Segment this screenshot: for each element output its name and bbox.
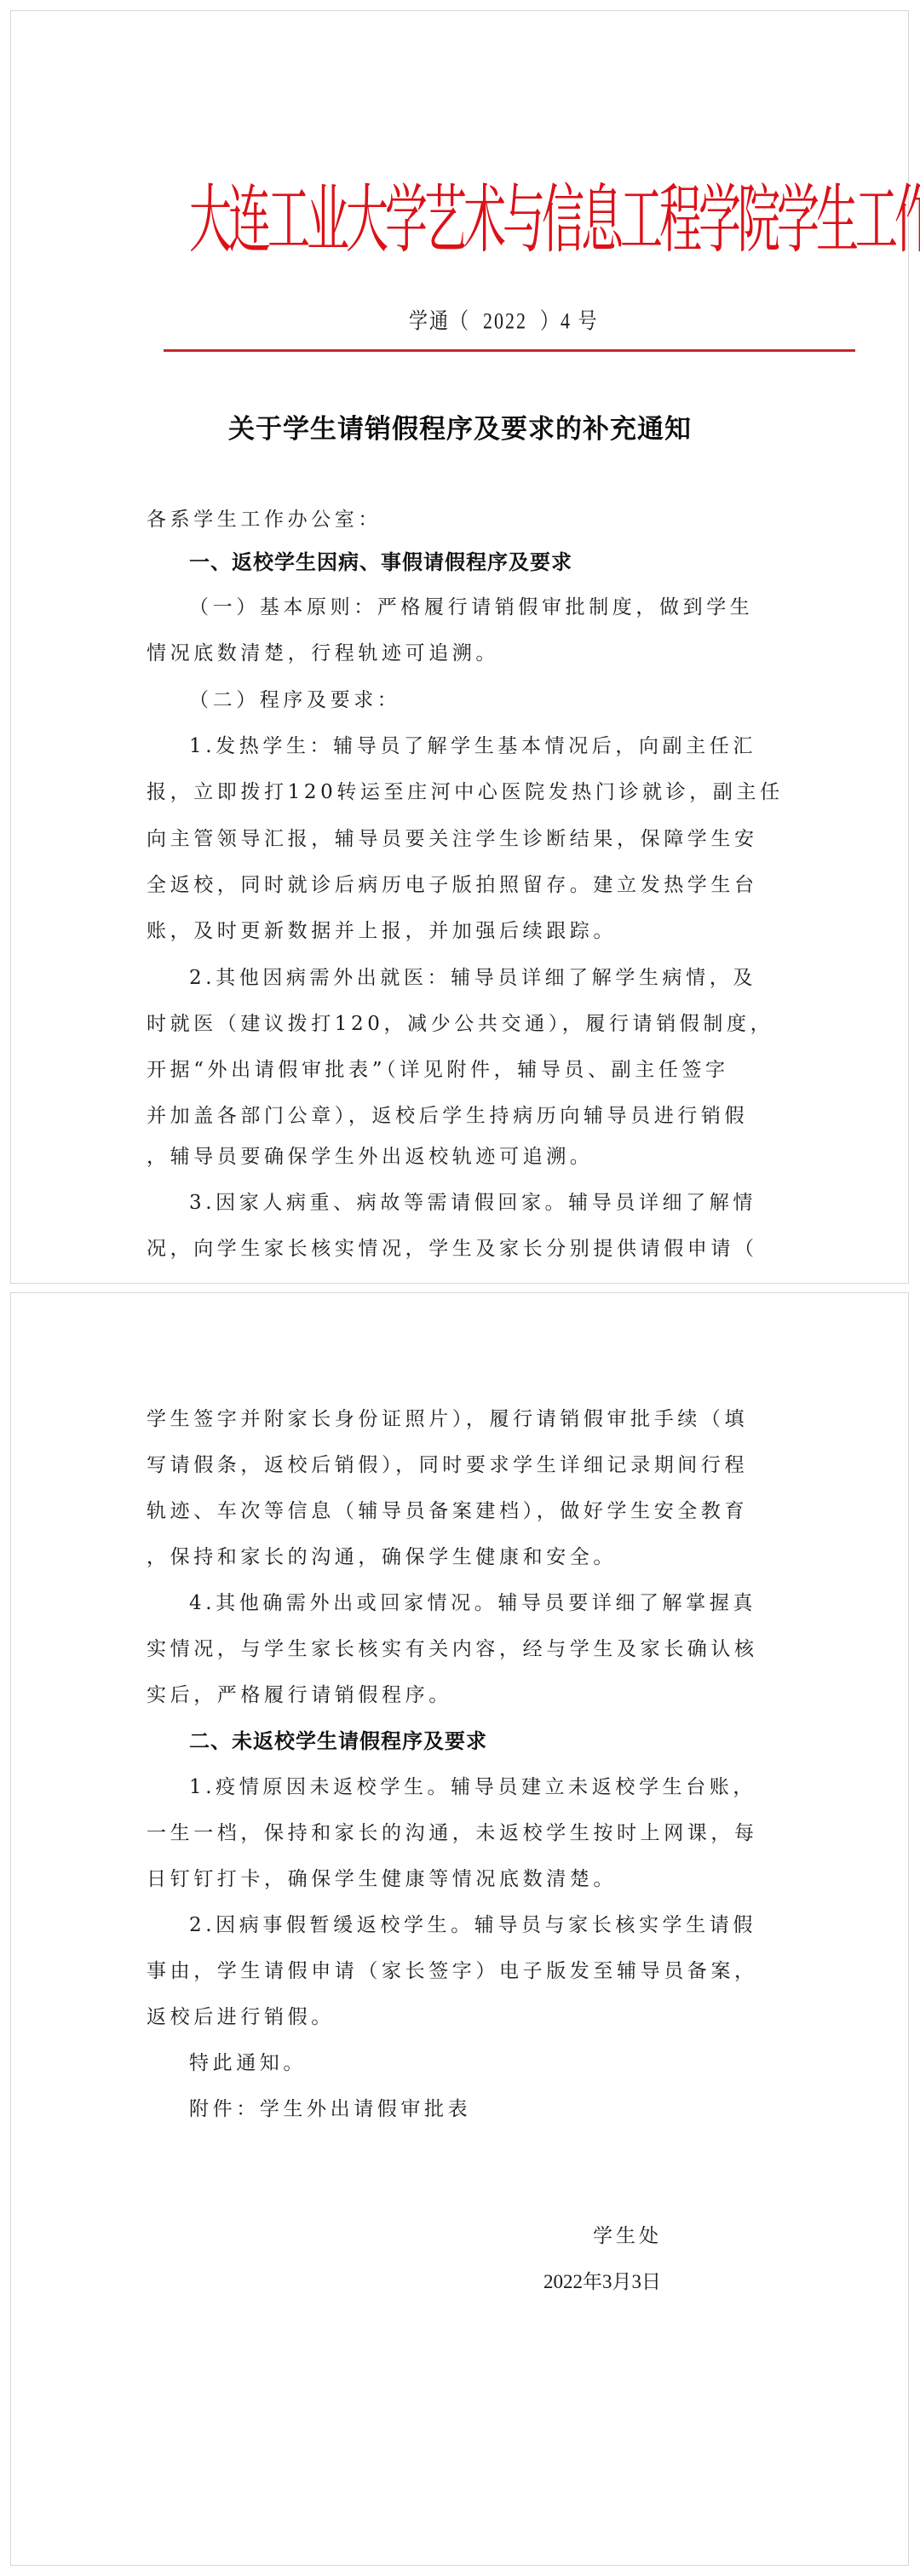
item1-line: 报，立即拨打120转运至庄河中心医院发热门诊就诊，副主任 — [147, 779, 784, 805]
procedure-heading: （二）程序及要求： — [189, 687, 400, 713]
principle-line: 情况底数清楚，行程轨迹可追溯。 — [147, 641, 499, 666]
item3-line: ，保持和家长的沟通，确保学生健康和安全。 — [147, 1544, 617, 1570]
document-number: 学通（ 2022 ）4 号 — [409, 304, 599, 336]
s2-item1-line: 一生一档，保持和家长的沟通，未返校学生按时上网课，每 — [147, 1820, 758, 1846]
item2-line: 并加盖各部门公章），返校后学生持病历向辅导员进行销假 — [147, 1103, 748, 1129]
item3-line: 轨迹、车次等信息（辅导员备案建档），做好学生安全教育 — [147, 1498, 748, 1524]
item1-line: 向主管领导汇报，辅导员要关注学生诊断结果，保障学生安 — [147, 826, 758, 852]
item1-line: 全返校，同时就诊后病历电子版拍照留存。建立发热学生台 — [147, 872, 758, 898]
notice-title: 关于学生请销假程序及要求的补充通知 — [0, 407, 920, 446]
item3-line: 写请假条，返校后销假），同时要求学生详细记录期间行程 — [147, 1452, 748, 1478]
red-divider-line — [164, 349, 855, 352]
closing-remark: 特此通知。 — [189, 2050, 307, 2076]
s2-item1-line: 1.疫情原因未返校学生。辅导员建立未返校学生台账， — [189, 1774, 756, 1800]
organization-letterhead: 大连工业大学艺术与信息工程学院学生工作处 — [189, 152, 823, 289]
issuer-signature: 学生处 — [593, 2220, 662, 2248]
principle-line: （一）基本原则：严格履行请销假审批制度，做到学生 — [189, 595, 753, 620]
item2-line: ，辅导员要确保学生外出返校轨迹可追溯。 — [147, 1144, 593, 1170]
s2-item1-line: 日钉钉打卡，确保学生健康等情况底数清楚。 — [147, 1866, 617, 1892]
item3-line: 3.因家人病重、病故等需请假回家。辅导员详细了解情 — [189, 1190, 756, 1216]
s2-item2-line: 2.因病事假暂缓返校学生。辅导员与家长核实学生请假 — [189, 1912, 756, 1938]
attachment-note: 附件：学生外出请假审批表 — [189, 2096, 471, 2122]
item4-line: 实后，严格履行请销假程序。 — [147, 1682, 452, 1708]
s2-item2-line: 事由，学生请假申请（家长签字）电子版发至辅导员备案， — [147, 1958, 758, 1984]
item2-line: 2.其他因病需外出就医：辅导员详细了解学生病情，及 — [189, 965, 756, 991]
item3-line: 学生签字并附家长身份证照片），履行请销假审批手续（填 — [147, 1406, 748, 1432]
item4-line: 实情况，与学生家长核实有关内容，经与学生及家长确认核 — [147, 1636, 758, 1662]
item3-line: 况，向学生家长核实情况，学生及家长分别提供请假申请（ — [147, 1236, 758, 1262]
item1-line: 账，及时更新数据并上报，并加强后续跟踪。 — [147, 918, 617, 944]
s2-item2-line: 返校后进行销假。 — [147, 2004, 335, 2030]
section1-heading: 一、返校学生因病、事假请假程序及要求 — [189, 549, 572, 575]
issue-date: 2022年3月3日 — [543, 2266, 661, 2294]
salutation: 各系学生工作办公室： — [147, 507, 382, 532]
item2-line: 开据“外出请假审批表”（详见附件，辅导员、副主任签字 — [147, 1057, 729, 1083]
item2-line: 时就医（建议拨打120，减少公共交通），履行请销假制度， — [147, 1011, 773, 1037]
item4-line: 4.其他确需外出或回家情况。辅导员要详细了解掌握真 — [189, 1590, 756, 1616]
section2-heading: 二、未返校学生请假程序及要求 — [189, 1728, 487, 1754]
item1-line: 1.发热学生：辅导员了解学生基本情况后，向副主任汇 — [189, 733, 756, 759]
